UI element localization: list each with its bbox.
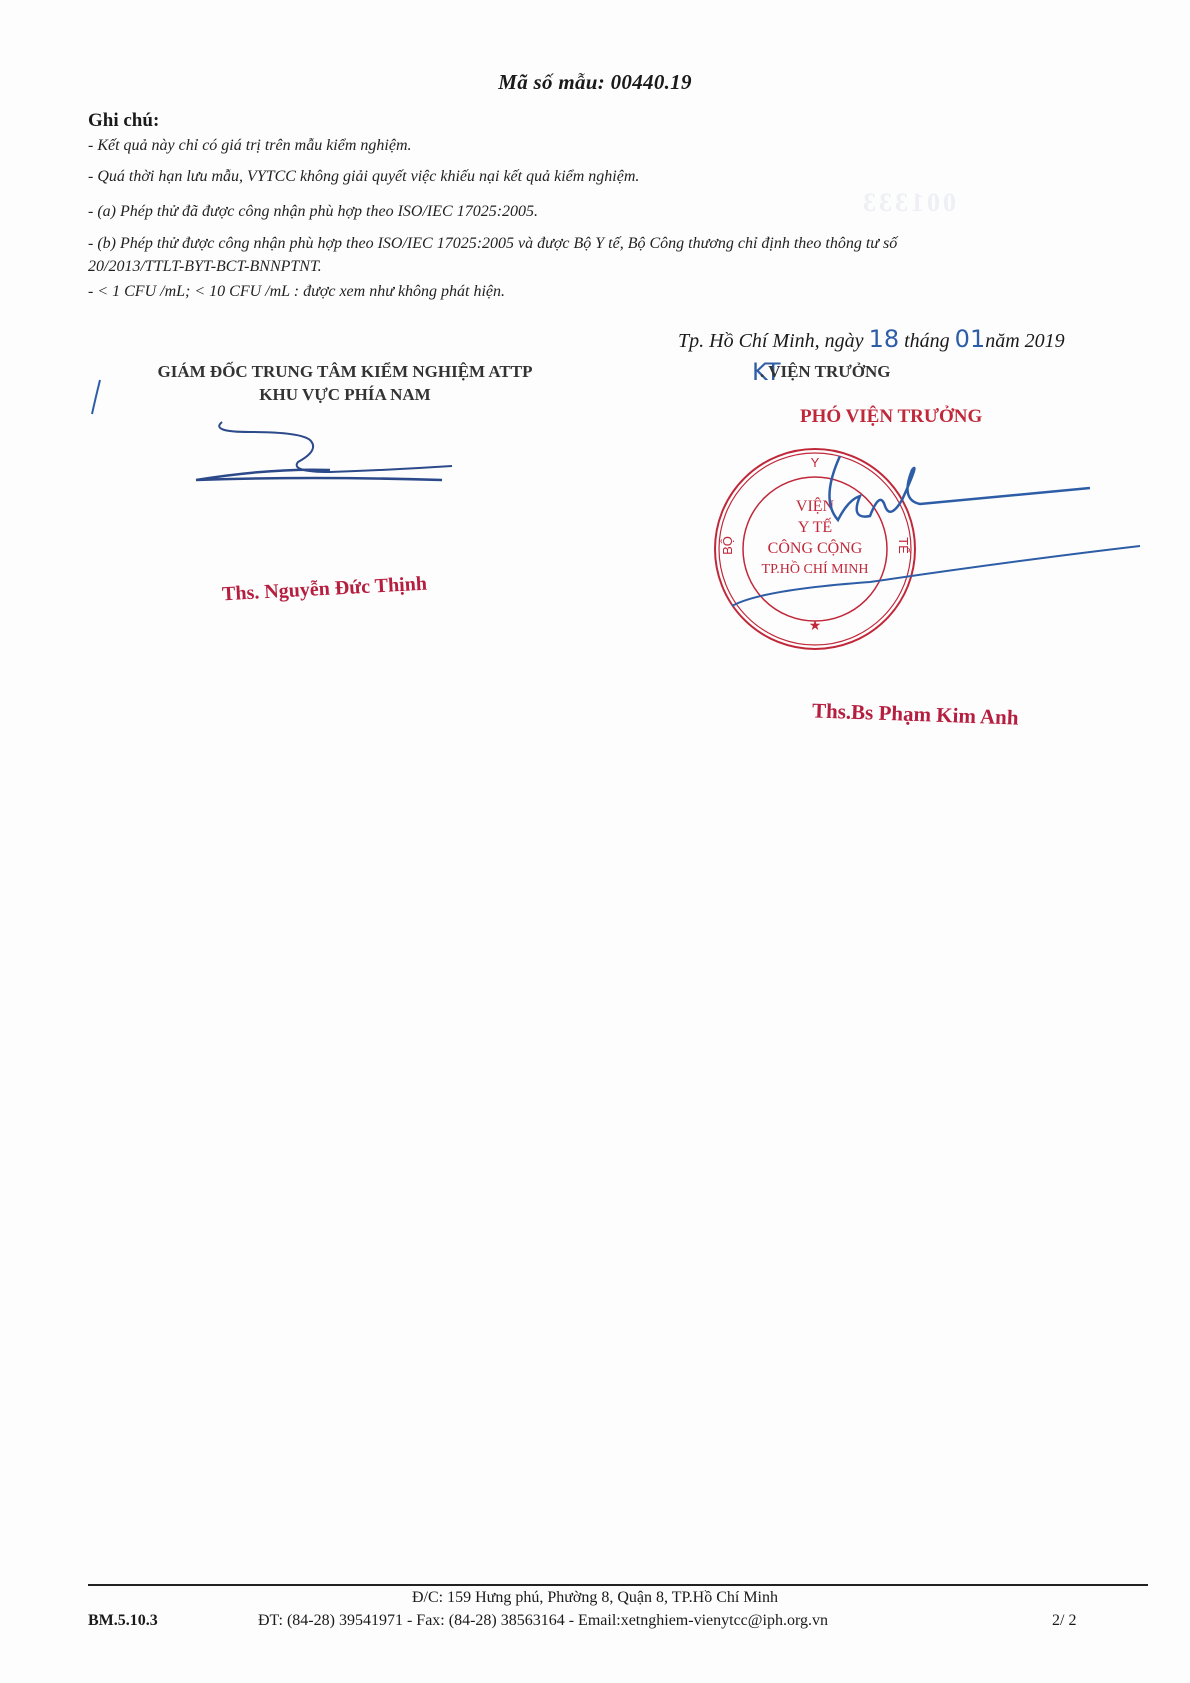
stamp-star-icon: ★ <box>712 618 918 635</box>
handwritten-month: 01 <box>955 325 986 353</box>
left-signatory-title-line1: GIÁM ĐỐC TRUNG TÂM KIỂM NGHIỆM ATTP <box>100 360 590 383</box>
left-signatory-title-line2: KHU VỰC PHÍA NAM <box>100 383 590 406</box>
initial-mark-icon <box>90 378 110 418</box>
note-item: - < 1 CFU /mL; < 10 CFU /mL : được xem n… <box>88 283 505 301</box>
deputy-title: PHÓ VIỆN TRƯỞNG <box>800 406 982 428</box>
note-item: - Quá thời hạn lưu mẫu, VYTCC không giải… <box>88 168 639 186</box>
left-signature-icon <box>190 410 450 490</box>
note-item: 20/2013/TTLT-BYT-BCT-BNNPTNT. <box>88 258 322 276</box>
footer-contact: ĐT: (84-28) 39541971 - Fax: (84-28) 3856… <box>258 1612 828 1630</box>
month-label: tháng <box>904 330 950 352</box>
note-item: - (a) Phép thử đã được công nhận phù hợp… <box>88 203 538 221</box>
date-prefix: Tp. Hồ Chí Minh, ngày <box>678 330 864 352</box>
bleed-through-number: 001333 <box>860 188 956 218</box>
note-item: - (b) Phép thử được công nhận phù hợp th… <box>88 235 897 253</box>
date-line: Tp. Hồ Chí Minh, ngày 18 tháng 01năm 201… <box>678 325 1065 353</box>
right-signature-icon <box>720 440 1160 620</box>
form-code: BM.5.10.3 <box>88 1612 158 1630</box>
year-label: năm 2019 <box>985 330 1064 352</box>
right-signatory-name: Ths.Bs Phạm Kim Anh <box>812 698 1019 730</box>
footer-divider <box>88 1584 1148 1586</box>
handwritten-day: 18 <box>869 325 900 353</box>
left-signatory-name: Ths. Nguyễn Đức Thịnh <box>222 573 428 607</box>
right-signatory-title: . VIỆN TRƯỞNG <box>760 362 891 382</box>
footer-address: Đ/C: 159 Hưng phú, Phường 8, Quận 8, TP.… <box>0 1589 1190 1607</box>
notes-title: Ghi chú: <box>88 110 159 132</box>
page-number: 2/ 2 <box>1052 1612 1076 1630</box>
sample-code: Mã số mẫu: 00440.19 <box>0 70 1190 95</box>
note-item: - Kết quả này chỉ có giá trị trên mẫu ki… <box>88 137 412 155</box>
